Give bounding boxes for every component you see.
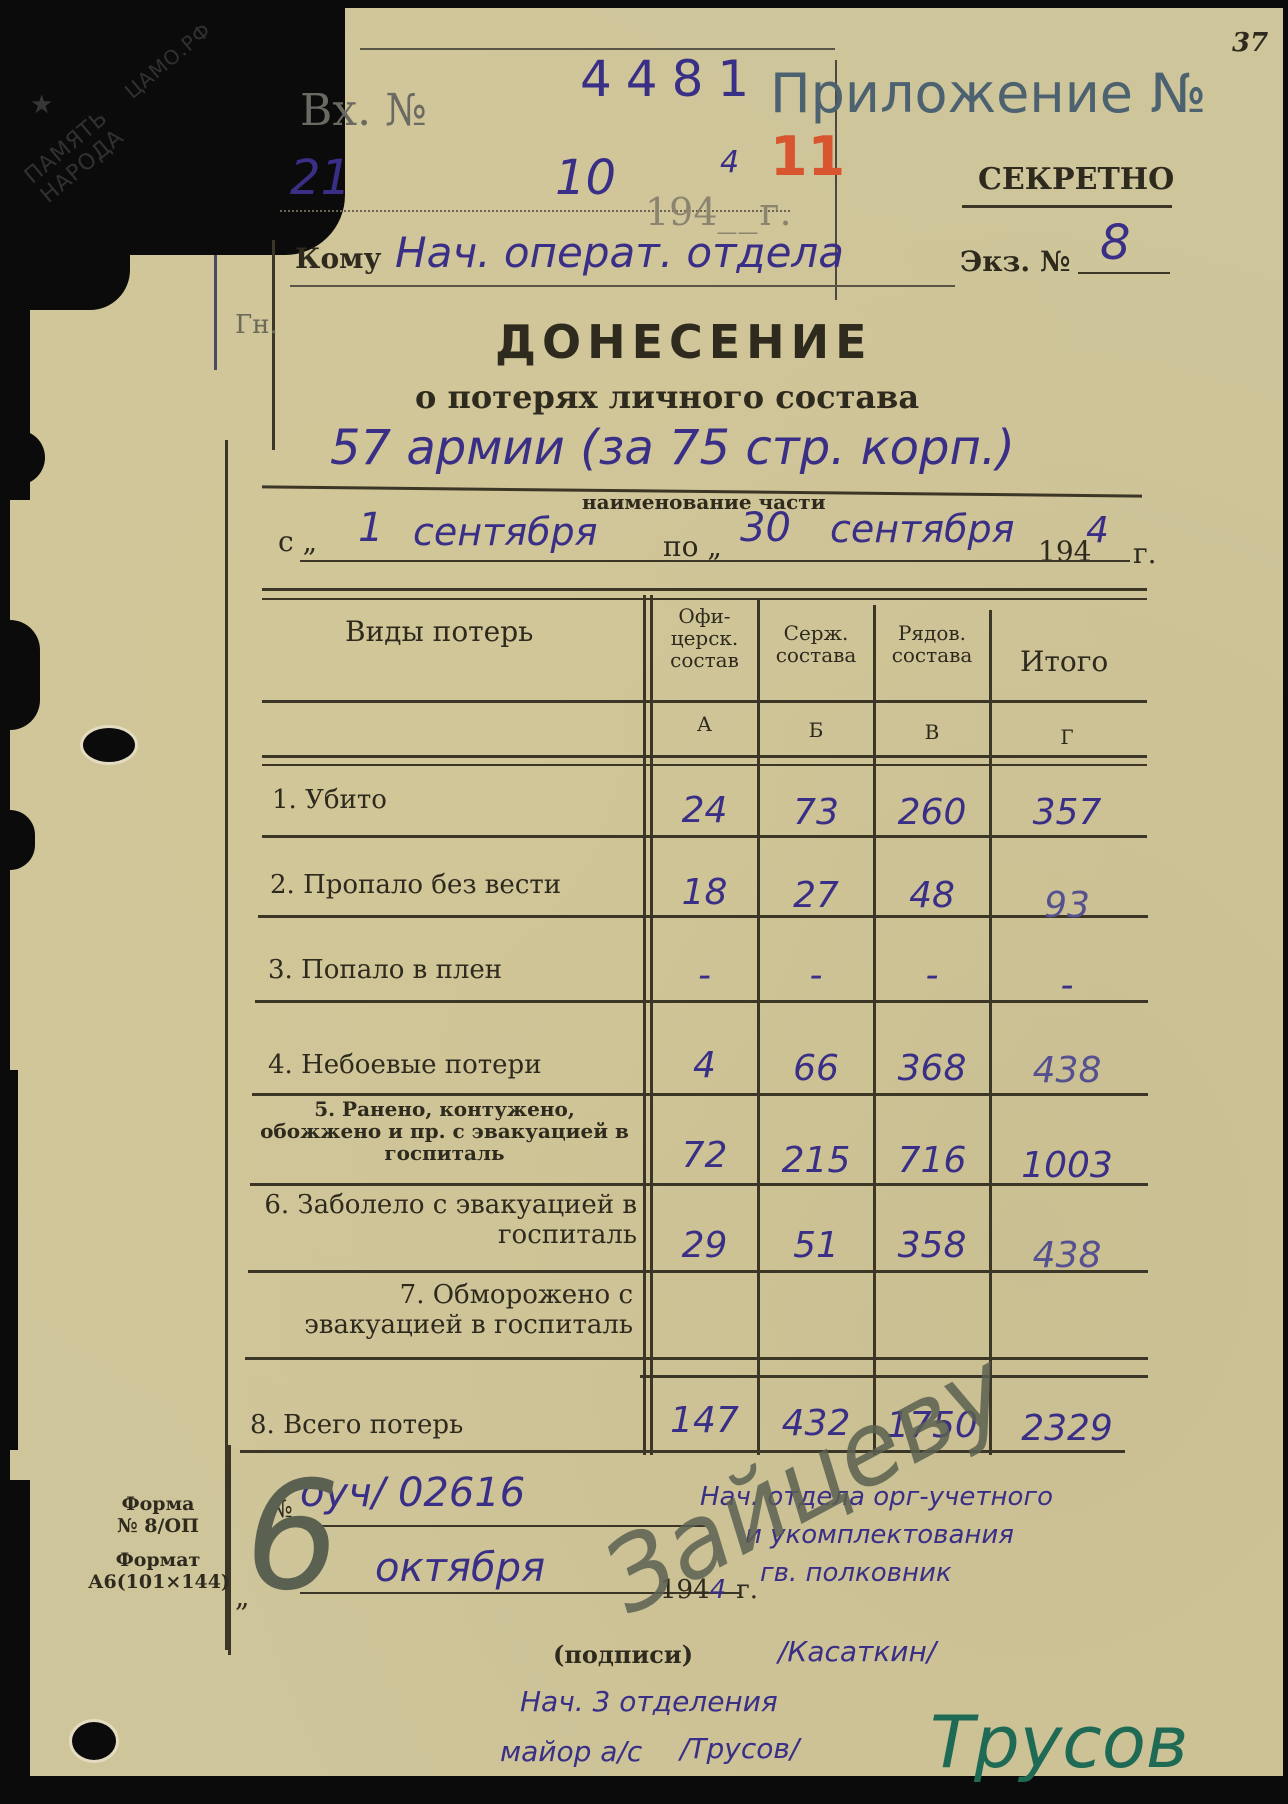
cell-killed-officers: 24 [652, 790, 757, 831]
signatures-label: (подписи) [553, 1640, 693, 1669]
row-label-killed: 1. Убито [272, 785, 387, 815]
cell-wounded-sergeants: 215 [760, 1140, 872, 1181]
copy-label: Экз. № [960, 245, 1070, 278]
signatory1-name: /Касаткин/ [778, 1635, 936, 1668]
cell-killed-total: 357 [992, 792, 1142, 833]
table-top-line [262, 588, 1147, 591]
col-header-total: Итого [1020, 645, 1108, 678]
cell-noncombat-officers: 4 [652, 1045, 757, 1086]
damage-left-edge-3 [0, 620, 40, 730]
period-year-prefix: 194 [1038, 535, 1091, 568]
cell-total-officers: 147 [652, 1400, 757, 1441]
row-label-missing: 2. Пропало без вести [270, 870, 561, 900]
col-letter-b: Б [760, 718, 872, 742]
col-header-sergeants: Серж. состава [760, 622, 872, 666]
to-underline [290, 285, 955, 287]
incoming-number: 4481 [580, 50, 763, 108]
cell-sick-officers: 29 [652, 1225, 757, 1266]
row-label-total: 8. Всего потерь [250, 1410, 463, 1440]
row-label-wounded: 5. Ранено, контужено, обожжено и пр. с э… [252, 1098, 637, 1164]
row-line-4 [252, 1093, 1148, 1096]
row-label-noncombat: 4. Небоевые потери [268, 1050, 542, 1080]
table-header-sep [262, 700, 1147, 703]
period-from-month: сентября [413, 510, 598, 554]
cell-captured-officers: - [652, 955, 757, 996]
col-sep-a [643, 595, 646, 1455]
period-to-day: 30 [740, 505, 791, 551]
cell-sick-total: 438 [992, 1235, 1142, 1276]
form-info: Форма № 8/ОП Формат А6(101×144) [88, 1493, 228, 1593]
col-header-privates: Рядов. состава [876, 622, 988, 666]
cell-captured-sergeants: - [760, 955, 872, 996]
page-number: 37 [1232, 28, 1268, 58]
damage-right [1283, 0, 1288, 1804]
table-header-bottom [262, 755, 1147, 758]
damage-top-left [0, 0, 345, 255]
cell-captured-total: - [992, 965, 1142, 1006]
cell-noncombat-privates: 368 [876, 1048, 988, 1089]
period-underline [300, 560, 1130, 562]
cell-noncombat-total: 438 [992, 1050, 1142, 1091]
table-top-line-2 [262, 598, 1147, 600]
row-label-frostbite: 7. Обморожено с эвакуацией в госпиталь [248, 1280, 633, 1340]
page-title: ДОНЕСЕНИЕ [495, 315, 873, 369]
appendix-number: 11 [770, 125, 845, 188]
col-letter-c: В [876, 720, 988, 744]
period-from-day: 1 [358, 505, 383, 551]
copy-underline [1078, 272, 1170, 274]
damage-left-edge-5 [0, 1070, 18, 1450]
stamp-box-left [214, 255, 217, 370]
damage-left-edge-6 [0, 1480, 30, 1804]
form-left-border-top [272, 240, 275, 450]
cell-sick-sergeants: 51 [760, 1225, 872, 1266]
incoming-label: Вх. № [300, 85, 427, 136]
cell-missing-privates: 48 [876, 875, 988, 916]
signatory2-rank: майор а/с [500, 1735, 642, 1768]
cell-captured-privates: - [876, 955, 988, 996]
table-bottom-line [240, 1450, 1125, 1453]
green-signature: Трусов [930, 1700, 1188, 1784]
period-year-label: г. [1133, 537, 1157, 570]
classification-underline [962, 205, 1172, 208]
col-header-type: Виды потерь [345, 615, 533, 648]
footer-left-border [228, 1445, 231, 1655]
incoming-date-day: 21 [290, 150, 351, 206]
period-year-suffix: 4 [1086, 510, 1109, 551]
classification-label: СЕКРЕТНО [978, 162, 1174, 197]
cell-killed-sergeants: 73 [760, 792, 872, 833]
cell-wounded-privates: 716 [876, 1140, 988, 1181]
page-subtitle: о потерях личного состава [415, 378, 919, 416]
col-header-officers: Офи- церск. состав [652, 605, 757, 671]
cell-sick-privates: 358 [876, 1225, 988, 1266]
row-label-sick: 6. Заболело с эвакуацией в госпиталь [262, 1190, 637, 1250]
cell-missing-officers: 18 [652, 872, 757, 913]
cell-missing-sergeants: 27 [760, 875, 872, 916]
cell-wounded-total: 1003 [992, 1145, 1142, 1186]
date-day: 6 [245, 1450, 340, 1624]
cell-missing-total: 93 [992, 885, 1142, 926]
punch-hole-2 [72, 1722, 116, 1760]
period-row: с „ 1 сентября по „ 30 сентября 194 4 г. [278, 515, 1158, 575]
copy-number: 8 [1100, 215, 1131, 271]
damage-top [0, 0, 1288, 8]
period-from-label: с „ [278, 525, 317, 558]
to-value: Нач. операт. отдела [395, 228, 844, 277]
cell-noncombat-sergeants: 66 [760, 1048, 872, 1089]
table-header-bottom-2 [262, 764, 1147, 766]
signatory2-name: /Трусов/ [680, 1732, 799, 1765]
period-to-label: по „ [663, 530, 722, 563]
row-line-7 [245, 1357, 1148, 1360]
date-month: октября [375, 1545, 545, 1591]
col-letter-a: А [652, 712, 757, 736]
stamp-ghost-label: Гн. [235, 310, 278, 340]
cell-wounded-officers: 72 [652, 1135, 757, 1176]
cell-killed-privates: 260 [876, 792, 988, 833]
col-letter-d: Г [992, 725, 1142, 749]
row-label-captured: 3. Попало в плен [268, 955, 502, 985]
unit-value: 57 армии (за 75 стр. корп.) [330, 420, 1015, 476]
incoming-date-month: 10 [555, 150, 616, 206]
incoming-date-year-mark: 4 [720, 145, 739, 180]
date-quote: „ [235, 1580, 250, 1613]
signatory2-title: Нач. 3 отделения [520, 1685, 778, 1718]
row-line-1 [262, 835, 1147, 838]
punch-hole-1 [83, 728, 135, 762]
period-to-month: сентября [830, 507, 1015, 551]
star-icon: ★ [30, 90, 53, 120]
to-label: Кому [295, 242, 381, 275]
